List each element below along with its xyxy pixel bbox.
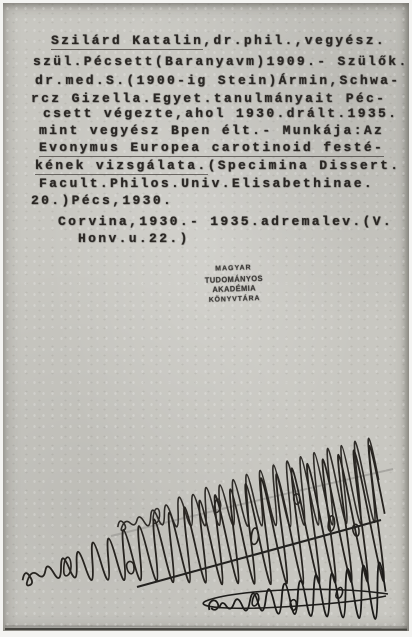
typed-line-4: rcz Gizella.Egyet.tanulmányait Péc- <box>31 91 386 106</box>
heading-line: Szilárd Katalin,dr.phil.,vegyész. <box>51 33 386 48</box>
thesis-title-line-1: Evonymus Europea carotinoid festé- <box>39 140 384 155</box>
typed-line-11: Corvina,1930.- 1935.adremalev.(V. <box>58 214 393 229</box>
typed-line-5: csett végezte,ahol 1930.drált.1935. <box>43 106 398 121</box>
heading-rest: ,dr.phil.,vegyész. <box>203 33 386 48</box>
stamp-line-2: TUDOMÁNYOS AKADÉMIA <box>186 273 283 295</box>
person-name: Szilárd Katalin <box>51 33 203 50</box>
library-stamp: MAGYAR TUDOMÁNYOS AKADÉMIA KÖNYVTÁRA <box>185 263 282 304</box>
typed-line-9: Facult.Philos.Univ.Elisabethinae. <box>39 176 374 191</box>
typed-line-6: mint vegyész Bpen élt.- Munkája:Az <box>39 123 384 138</box>
stamp-line-1: MAGYAR <box>185 263 281 273</box>
typed-line-12: Honv.u.22.) <box>78 231 190 246</box>
scanned-catalog-card: Szilárd Katalin,dr.phil.,vegyész. szül.P… <box>3 3 409 631</box>
stamp-line-3: KÖNYVTÁRA <box>186 294 282 304</box>
typed-line-3: dr.med.S.(1900-ig Stein)Ármin,Schwa- <box>35 73 400 88</box>
typed-line-2: szül.Pécsett(Baranyavm)1909.- Szülők. <box>33 54 409 69</box>
typed-line-10: 20.)Pécs,1930. <box>31 193 173 208</box>
thesis-title-line-2: kének vizsgálata.(Specimina Dissert. <box>35 158 400 173</box>
